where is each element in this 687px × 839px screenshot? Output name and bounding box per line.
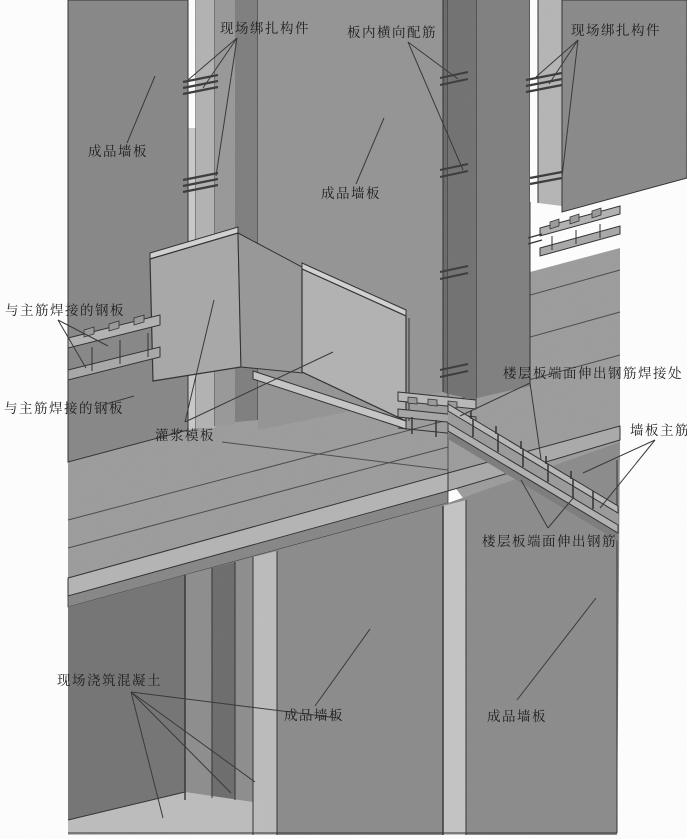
label-finished-wall-panel-center: 成品墙板 xyxy=(321,185,381,201)
label-wall-panel-main-rebar: 墙板主筋 xyxy=(630,422,687,438)
label-grouting-formwork: 灌浆模板 xyxy=(155,427,215,443)
construction-detail-drawing: 现场绑扎构件板内横向配筋现场绑扎构件成品墙板成品墙板与主筋焊接的钢板与主筋焊接的… xyxy=(0,0,687,839)
label-steel-plate-welded-to-main-rebar-lower: 与主筋焊接的钢板 xyxy=(4,400,124,416)
label-slab-end-rebar-weld-point: 楼层板端面伸出钢筋焊接处 xyxy=(503,365,683,381)
label-finished-wall-panel-upper-left: 成品墙板 xyxy=(88,143,148,159)
label-finished-wall-panel-bottom-center: 成品墙板 xyxy=(284,707,344,723)
label-steel-plate-welded-to-main-rebar-upper: 与主筋焊接的钢板 xyxy=(5,302,125,318)
label-cast-in-place-concrete: 现场浇筑混凝土 xyxy=(57,672,162,688)
label-site-tied-component-left: 现场绑扎构件 xyxy=(220,20,310,36)
label-finished-wall-panel-bottom-right: 成品墙板 xyxy=(487,708,547,724)
label-slab-end-protruding-rebar: 楼层板端面伸出钢筋 xyxy=(482,533,617,549)
label-site-tied-component-right: 现场绑扎构件 xyxy=(571,22,661,38)
label-slab-transverse-rebar: 板内横向配筋 xyxy=(347,24,437,40)
diagram-canvas: 现场绑扎构件板内横向配筋现场绑扎构件成品墙板成品墙板与主筋焊接的钢板与主筋焊接的… xyxy=(0,0,687,839)
